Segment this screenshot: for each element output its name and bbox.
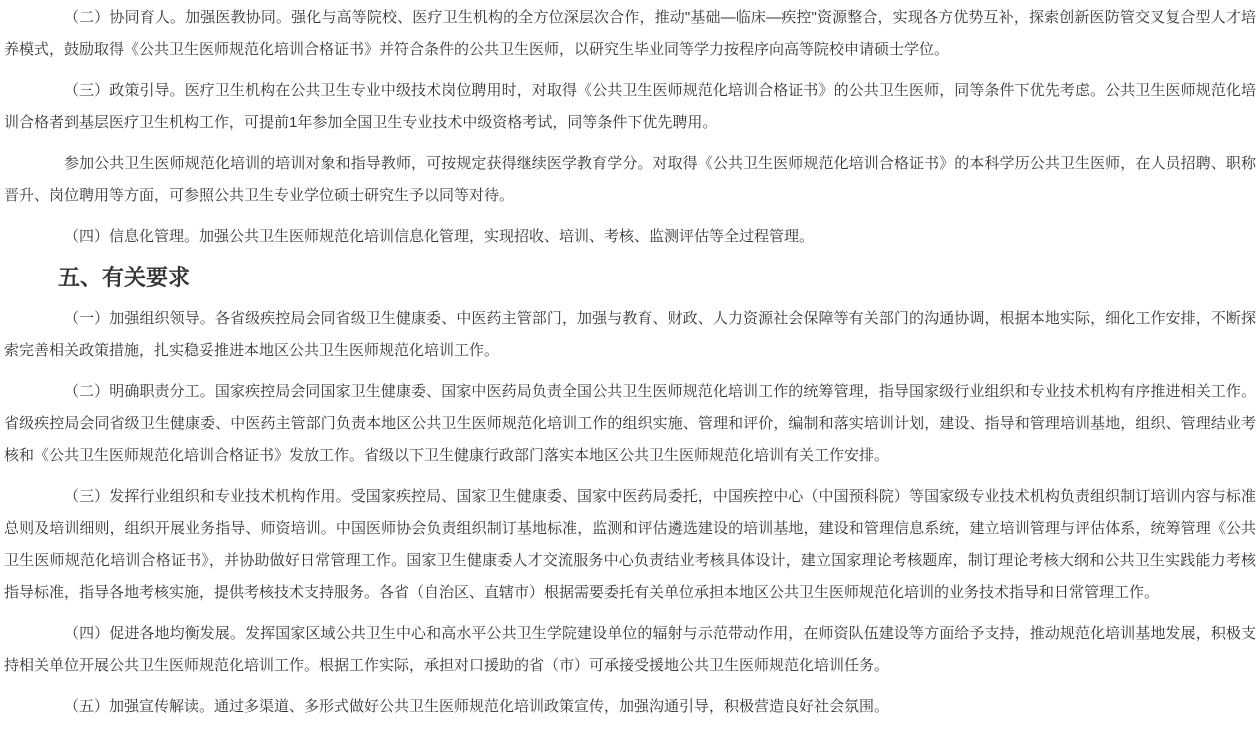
paragraph: （四）促进各地均衡发展。发挥国家区域公共卫生中心和高水平公共卫生学院建设单位的辐… xyxy=(4,618,1256,682)
document-body: （二）协同育人。加强医教协同。强化与高等院校、医疗卫生机构的全方位深层次合作，推… xyxy=(0,0,1260,723)
paragraph: （二）协同育人。加强医教协同。强化与高等院校、医疗卫生机构的全方位深层次合作，推… xyxy=(4,2,1256,66)
paragraph: （四）信息化管理。加强公共卫生医师规范化培训信息化管理，实现招收、培训、考核、监… xyxy=(4,221,1256,253)
paragraph: （二）明确职责分工。国家疾控局会同国家卫生健康委、国家中医药局负责全国公共卫生医… xyxy=(4,376,1256,472)
paragraph: （三）发挥行业组织和专业技术机构作用。受国家疾控局、国家卫生健康委、国家中医药局… xyxy=(4,481,1256,609)
section-heading: 五、有关要求 xyxy=(4,262,1256,294)
paragraph: （三）政策引导。医疗卫生机构在公共卫生专业中级技术岗位聘用时，对取得《公共卫生医… xyxy=(4,75,1256,139)
paragraph: （一）加强组织领导。各省级疾控局会同省级卫生健康委、中医药主管部门，加强与教育、… xyxy=(4,303,1256,367)
paragraph: 参加公共卫生医师规范化培训的培训对象和指导教师，可按规定获得继续医学教育学分。对… xyxy=(4,148,1256,212)
paragraph: （五）加强宣传解读。通过多渠道、多形式做好公共卫生医师规范化培训政策宣传，加强沟… xyxy=(4,691,1256,723)
